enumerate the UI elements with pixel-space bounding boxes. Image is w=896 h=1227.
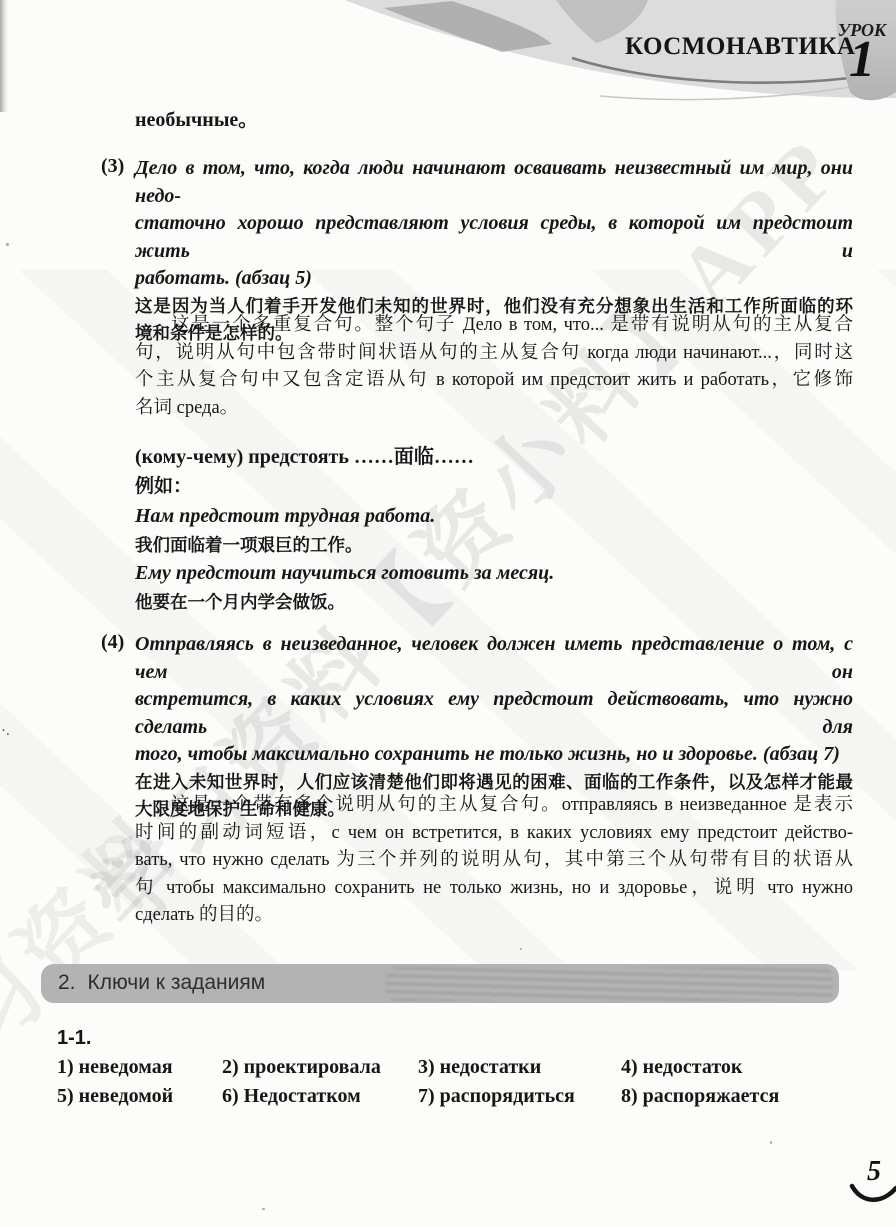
- explanation-line: 这是一个多重复合句。整个句子 Дело в том, что... 是带有说明从…: [135, 312, 853, 340]
- item-4-russian: Отправляясь в неизведанное, человек долж…: [135, 631, 853, 769]
- scan-speck: [770, 1141, 772, 1144]
- scan-speck: ·.: [1, 723, 10, 740]
- russian-text-line: Дело в том, что, когда люди начинают осв…: [135, 155, 853, 210]
- explanation-line: 个主从复合句中又包含定语从句 в которой им предстоит жи…: [135, 367, 853, 395]
- explanation-line: 名词 среда。: [135, 395, 853, 423]
- answer-item: 2) проектировала: [222, 1056, 418, 1085]
- page-number-swoosh: [840, 1178, 896, 1212]
- example-1-russian: Нам предстоит трудная работа.: [135, 502, 853, 531]
- russian-text-line: встретится, в каких условиях ему предсто…: [135, 686, 853, 741]
- task-label: 1-1.: [57, 1027, 91, 1050]
- section-number: 2.: [58, 971, 76, 994]
- russian-text-line: Отправляясь в неизведанное, человек долж…: [135, 631, 853, 686]
- lesson-number: 1: [840, 30, 884, 89]
- explanation-line: вать, что нужно сделать 为三个并列的说明从句，其中第三个…: [135, 847, 853, 875]
- explanation-line: 这是一个带有多个说明从句的主从复合句。отправляясь в неизвед…: [135, 792, 853, 820]
- example-label: 例如：: [135, 472, 853, 502]
- item-3-russian: Дело в том, что, когда люди начинают осв…: [135, 155, 853, 293]
- answer-grid: 1) неведомая 2) проектировала 3) недоста…: [57, 1056, 857, 1114]
- item-4-number: (4): [101, 631, 124, 654]
- item-3-number: (3): [101, 155, 124, 178]
- usage-pattern: (кому-чему) предстоять ……面临……: [135, 442, 853, 472]
- book-page: КОСМОНАВТИКА УРОК 1 学习资料【资小料】APP 学习资料 ·.…: [0, 0, 896, 1227]
- russian-text-line: работать. (абзац 5): [135, 265, 853, 293]
- explanation-line: 句 чтобы максимально сохранить не только …: [135, 875, 853, 903]
- example-2-russian: Ему предстоит научиться готовить за меся…: [135, 559, 853, 588]
- section-title: Ключи к заданиям: [88, 971, 266, 994]
- scan-speck: [6, 243, 9, 246]
- answer-item: 6) Недостатком: [222, 1085, 418, 1114]
- explanation-line: сделать 的目的。: [135, 902, 853, 930]
- answer-item: 3) недостатки: [418, 1056, 621, 1085]
- explanation-line: 时间的副动词短语，с чем он встретится, в каких ус…: [135, 820, 853, 848]
- russian-text-line: статочно хорошо представляют условия сре…: [135, 210, 853, 265]
- example-1-chinese: 我们面临着一项艰巨的工作。: [135, 531, 853, 560]
- section-header: 2.Ключи к заданиям: [58, 971, 265, 995]
- answer-item: 1) неведомая: [57, 1056, 222, 1085]
- russian-text-line: того, чтобы максимально сохранить не тол…: [135, 741, 853, 769]
- explanation-2: 这是一个带有多个说明从句的主从复合句。отправляясь в неизвед…: [135, 792, 853, 930]
- section-header-band: 2.Ключи к заданиям: [41, 964, 839, 1003]
- continuation-line: необычные。: [135, 103, 258, 132]
- example-2-chinese: 他要在一个月内学会做饭。: [135, 588, 853, 617]
- scan-speck: [262, 1208, 265, 1210]
- answer-item: 8) распоряжается: [621, 1085, 857, 1114]
- scan-edge-smudge: [0, 0, 9, 112]
- explanation-line: 句，说明从句中包含带时间状语从句的主从复合句 когда люди начина…: [135, 340, 853, 368]
- scan-speck: [520, 948, 522, 950]
- answer-item: 5) неведомой: [57, 1085, 222, 1114]
- answer-item: 4) недостаток: [621, 1056, 857, 1085]
- answer-item: 7) распорядиться: [418, 1085, 621, 1114]
- usage-block: (кому-чему) предстоять ……面临…… 例如： Нам пр…: [135, 442, 853, 616]
- bleed-through-ghost-text: [386, 967, 833, 1001]
- chapter-title: КОСМОНАВТИКА: [625, 33, 835, 61]
- explanation-1: 这是一个多重复合句。整个句子 Дело в том, что... 是带有说明从…: [135, 312, 853, 422]
